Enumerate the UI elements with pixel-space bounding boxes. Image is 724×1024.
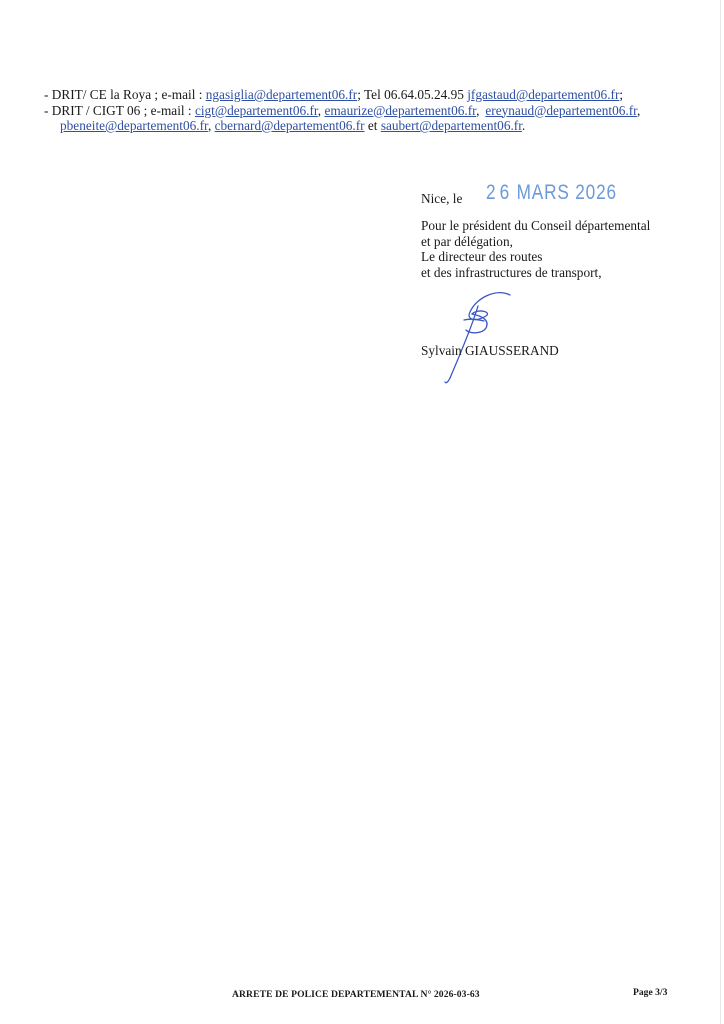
separator: , — [208, 118, 215, 133]
signature-line-1: Pour le président du Conseil département… — [421, 218, 650, 234]
email-link-cigt[interactable]: cigt@departement06.fr — [195, 103, 318, 118]
date-stamp-day: 26 — [486, 181, 513, 204]
distribution-line-cigt-cont: pbeneite@departement06.fr, cbernard@depa… — [44, 118, 640, 134]
document-page: - DRIT/ CE la Roya ; e-mail : ngasiglia@… — [0, 0, 724, 1024]
signer-name: Sylvain GIAUSSERAND — [421, 343, 559, 359]
email-link-jfgastaud[interactable]: jfgastaud@departement06.fr — [467, 87, 619, 102]
email-link-pbeneite[interactable]: pbeneite@departement06.fr — [60, 118, 208, 133]
line-suffix: ; — [619, 87, 623, 102]
footer-page-number: Page 3/3 — [633, 987, 667, 998]
email-link-saubert[interactable]: saubert@departement06.fr — [381, 118, 522, 133]
phone-text: ; Tel 06.64.05.24.95 — [357, 87, 467, 102]
handwritten-signature-icon — [436, 290, 526, 385]
email-link-ereynaud[interactable]: ereynaud@departement06.fr — [485, 103, 637, 118]
email-link-cbernard[interactable]: cbernard@departement06.fr — [215, 118, 365, 133]
line-prefix: - DRIT / CIGT 06 ; e-mail : — [44, 103, 195, 118]
signature-block: Pour le président du Conseil département… — [421, 218, 650, 280]
distribution-line-cigt: - DRIT / CIGT 06 ; e-mail : cigt@departe… — [44, 103, 640, 119]
separator: et — [365, 118, 381, 133]
line-suffix: , — [637, 103, 640, 118]
line-prefix: - DRIT/ CE la Roya ; e-mail : — [44, 87, 206, 102]
scan-edge-line — [720, 0, 721, 1024]
place-label: Nice, le — [421, 191, 462, 207]
email-link-emaurize[interactable]: emaurize@departement06.fr — [324, 103, 476, 118]
separator: , — [476, 103, 479, 118]
line-suffix: . — [522, 118, 525, 133]
signature-line-3: Le directeur des routes — [421, 249, 650, 265]
distribution-list: - DRIT/ CE la Roya ; e-mail : ngasiglia@… — [44, 87, 640, 134]
date-stamp-month-year: MARS 2026 — [517, 181, 617, 204]
signature-line-2: et par délégation, — [421, 234, 650, 250]
distribution-line-ce-roya: - DRIT/ CE la Roya ; e-mail : ngasiglia@… — [44, 87, 640, 103]
email-link-ngasiglia[interactable]: ngasiglia@departement06.fr — [206, 87, 357, 102]
footer-decree-title: ARRETE DE POLICE DEPARTEMENTAL N° 2026-0… — [232, 989, 480, 1000]
signature-line-4: et des infrastructures de transport, — [421, 265, 650, 281]
date-stamp: 26MARS 2026 — [486, 181, 617, 205]
